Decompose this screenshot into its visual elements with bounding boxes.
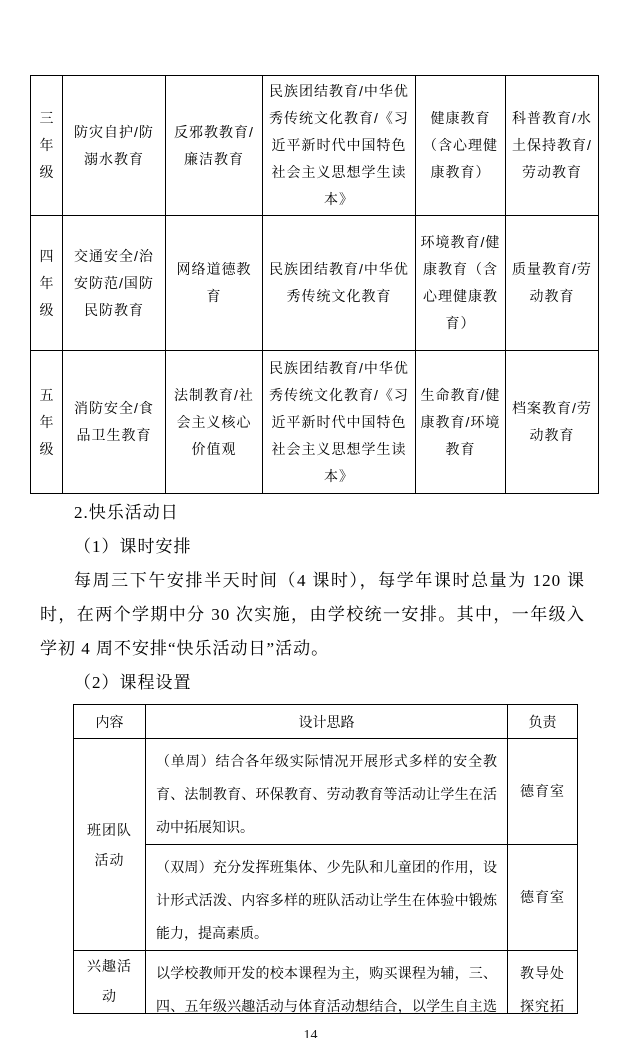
grade3-science-cell: 科普教育/水土保持教育/劳动教育 <box>506 76 599 216</box>
curriculum-row-class-team-even-week: （双周）充分发挥班集体、少先队和儿童团的作用，设计形式活泼、内容多样的班队活动让… <box>74 845 578 951</box>
section-heading: 2.快乐活动日 <box>40 496 585 530</box>
schedule-paragraph: 每周三下午安排半天时间（4 课时），每学年课时总量为 120 课时，在两个学期中… <box>40 564 585 666</box>
document-page: 三年级 防灾自护/防溺水教育 反邪教教育/廉洁教育 民族团结教育/中华优秀传统文… <box>0 0 621 1038</box>
grade4-health-cell: 环境教育/健康教育（含心理健康教育） <box>416 216 506 351</box>
grade5-health-cell: 生命教育/健康教育/环境教育 <box>416 351 506 494</box>
grade3-label: 三年级 <box>31 76 63 216</box>
grade4-culture-cell: 民族团结教育/中华优秀传统文化教育 <box>263 216 416 351</box>
grade4-moral-cell: 网络道德教育 <box>166 216 263 351</box>
page-number: 14 <box>0 1028 621 1038</box>
header-content: 内容 <box>74 705 146 739</box>
table-row-grade5: 五年级 消防安全/食品卫生教育 法制教育/社会主义核心价值观 民族团结教育/中华… <box>31 351 599 494</box>
grade-education-table: 三年级 防灾自护/防溺水教育 反邪教教育/廉洁教育 民族团结教育/中华优秀传统文… <box>30 75 599 494</box>
grade3-culture-cell: 民族团结教育/中华优秀传统文化教育/《习近平新时代中国特色社会主义思想学生读本》 <box>263 76 416 216</box>
curriculum-row-class-team-odd-week: 班团队活动 （单周）结合各年级实际情况开展形式多样的安全教育、法制教育、环保教育… <box>74 739 578 845</box>
subsection-2-heading: （2）课程设置 <box>40 666 585 700</box>
table-row-grade4: 四年级 交通安全/治安防范/国防民防教育 网络道德教育 民族团结教育/中华优秀传… <box>31 216 599 351</box>
grade4-science-cell: 质量教育/劳动教育 <box>506 216 599 351</box>
grade4-safety-cell: 交通安全/治安防范/国防民防教育 <box>63 216 166 351</box>
curriculum-table: 内容 设计思路 负责 班团队活动 （单周）结合各年级实际情况开展形式多样的安全教… <box>73 704 578 1014</box>
grade5-culture-cell: 民族团结教育/中华优秀传统文化教育/《习近平新时代中国特色社会主义思想学生读本》 <box>263 351 416 494</box>
grade3-safety-cell: 防灾自护/防溺水教育 <box>63 76 166 216</box>
subsection-1-heading: （1）课时安排 <box>40 530 585 564</box>
grade3-health-cell: 健康教育（含心理健康教育） <box>416 76 506 216</box>
odd-week-design-cell: （单周）结合各年级实际情况开展形式多样的安全教育、法制教育、环保教育、劳动教育等… <box>146 739 508 845</box>
class-team-activity-label: 班团队活动 <box>74 739 146 951</box>
header-design: 设计思路 <box>146 705 508 739</box>
grade5-science-cell: 档案教育/劳动教育 <box>506 351 599 494</box>
grade5-label: 五年级 <box>31 351 63 494</box>
grade5-moral-cell: 法制教育/社会主义核心价值观 <box>166 351 263 494</box>
curriculum-header-row: 内容 设计思路 负责 <box>74 705 578 739</box>
table-row-grade3: 三年级 防灾自护/防溺水教育 反邪教教育/廉洁教育 民族团结教育/中华优秀传统文… <box>31 76 599 216</box>
interest-activity-design-cell: 以学校教师开发的校本课程为主，购买课程为辅，三、四、五年级兴趣活动与体育活动想结… <box>146 951 508 1014</box>
even-week-owner-cell: 德育室 <box>508 845 578 951</box>
odd-week-owner-cell: 德育室 <box>508 739 578 845</box>
curriculum-row-interest-activity: 兴趣活动 以学校教师开发的校本课程为主，购买课程为辅，三、四、五年级兴趣活动与体… <box>74 951 578 1014</box>
happy-activity-day-section: 2.快乐活动日 （1）课时安排 每周三下午安排半天时间（4 课时），每学年课时总… <box>40 496 585 700</box>
grade3-moral-cell: 反邪教教育/廉洁教育 <box>166 76 263 216</box>
interest-activity-owner-cell: 教导处探究拓展组 <box>508 951 578 1014</box>
header-owner: 负责 <box>508 705 578 739</box>
interest-activity-label: 兴趣活动 <box>74 951 146 1014</box>
grade4-label: 四年级 <box>31 216 63 351</box>
grade5-safety-cell: 消防安全/食品卫生教育 <box>63 351 166 494</box>
even-week-design-cell: （双周）充分发挥班集体、少先队和儿童团的作用，设计形式活泼、内容多样的班队活动让… <box>146 845 508 951</box>
